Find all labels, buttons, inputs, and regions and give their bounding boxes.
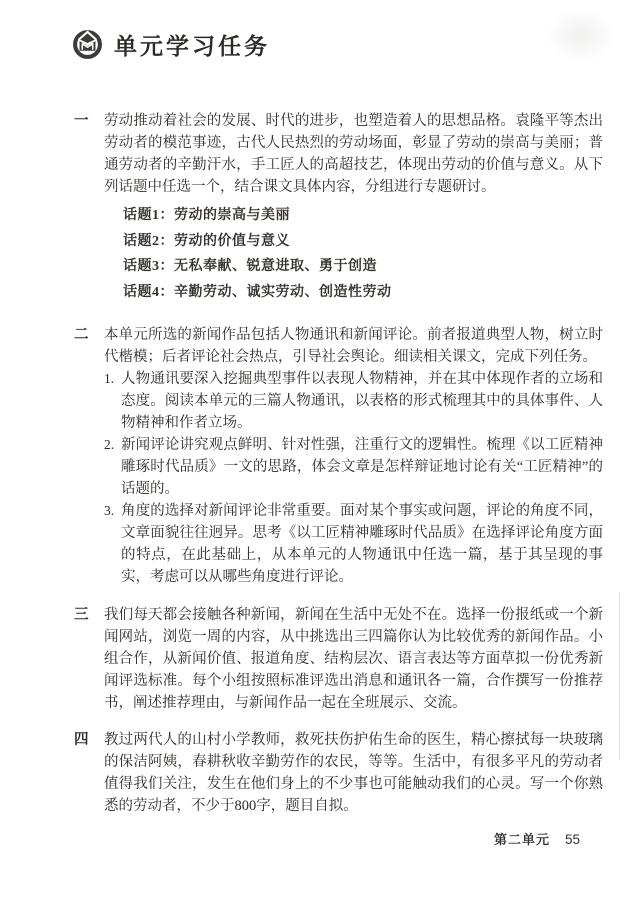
section-1-number: 一 [74,110,104,132]
topic-1: 话题1：劳动的崇高与美丽 [123,203,603,229]
topic-3: 话题3：无私奉献、锐意进取、勇于创造 [123,254,603,280]
task-item-3: 3. 角度的选择对新闻评论非常重要。面对某个事实或问题，评论的角度不同，文章面貌… [104,500,603,588]
page-header: 单元学习任务 [72,28,270,61]
page-footer: 第二单元 55 [494,829,580,848]
section-1: 一 劳动推动着社会的发展、时代的进步，也塑造着人的思想品格。袁隆平等杰出劳动者的… [74,110,603,305]
task-item-1: 1. 人物通讯要深入挖掘典型事件以表现人物精神，并在其中体现作者的立场和态度。阅… [104,368,603,434]
task-item-1-text: 人物通讯要深入挖掘典型事件以表现人物精神，并在其中体现作者的立场和态度。阅读本单… [121,368,603,434]
page-content: 一 劳动推动着社会的发展、时代的进步，也塑造着人的思想品格。袁隆平等杰出劳动者的… [74,110,603,817]
footer-unit-label: 第二单元 [494,829,550,848]
task-item-2-number: 2. [104,434,121,456]
scan-smudge-artifact [546,8,616,63]
section-3-text: 我们每天都会接触各种新闻，新闻在生活中无处不在。选择一份报纸或一个新闻网站，浏览… [104,604,603,714]
section-2: 二 本单元所选的新闻作品包括人物通讯和新闻评论。前者报道典型人物，树立时代楷模；… [74,324,603,588]
textbook-page: 单元学习任务 一 劳动推动着社会的发展、时代的进步，也塑造着人的思想品格。袁隆平… [0,0,640,915]
topic-2: 话题2：劳动的价值与意义 [123,229,603,255]
section-2-text: 本单元所选的新闻作品包括人物通讯和新闻评论。前者报道典型人物，树立时代楷模；后者… [104,324,603,368]
task-item-3-number: 3. [104,500,121,522]
section-4: 四 教过两代人的山村小学教师，救死扶伤护佑生命的医生，精心擦拭每一块玻璃的保洁阿… [74,729,603,817]
task-item-3-text: 角度的选择对新闻评论非常重要。面对某个事实或问题，评论的角度不同，文章面貌往往迥… [121,500,603,588]
task-item-1-number: 1. [104,368,121,390]
task-item-2-text: 新闻评论讲究观点鲜明、针对性强，注重行文的逻辑性。梳理《以工匠精神雕琢时代品质》… [121,434,603,500]
topic-4: 话题4：辛勤劳动、诚实劳动、创造性劳动 [123,280,603,306]
footer-page-number: 55 [565,832,580,847]
scan-line-artifact [619,592,620,760]
section-3-number: 三 [74,604,104,626]
section-1-text: 劳动推动着社会的发展、时代的进步，也塑造着人的思想品格。袁隆平等杰出劳动者的模范… [104,110,603,198]
section-2-number: 二 [74,324,104,346]
task-item-2: 2. 新闻评论讲究观点鲜明、针对性强，注重行文的逻辑性。梳理《以工匠精神雕琢时代… [104,434,603,500]
unit-task-badge-icon [72,29,103,60]
page-title: 单元学习任务 [114,28,270,61]
task-list: 1. 人物通讯要深入挖掘典型事件以表现人物精神，并在其中体现作者的立场和态度。阅… [104,368,603,588]
section-3: 三 我们每天都会接触各种新闻，新闻在生活中无处不在。选择一份报纸或一个新闻网站，… [74,604,603,714]
section-4-number: 四 [74,729,104,751]
section-4-text: 教过两代人的山村小学教师，救死扶伤护佑生命的医生，精心擦拭每一块玻璃的保洁阿姨，… [104,729,603,817]
topic-list: 话题1：劳动的崇高与美丽 话题2：劳动的价值与意义 话题3：无私奉献、锐意进取、… [123,203,603,305]
